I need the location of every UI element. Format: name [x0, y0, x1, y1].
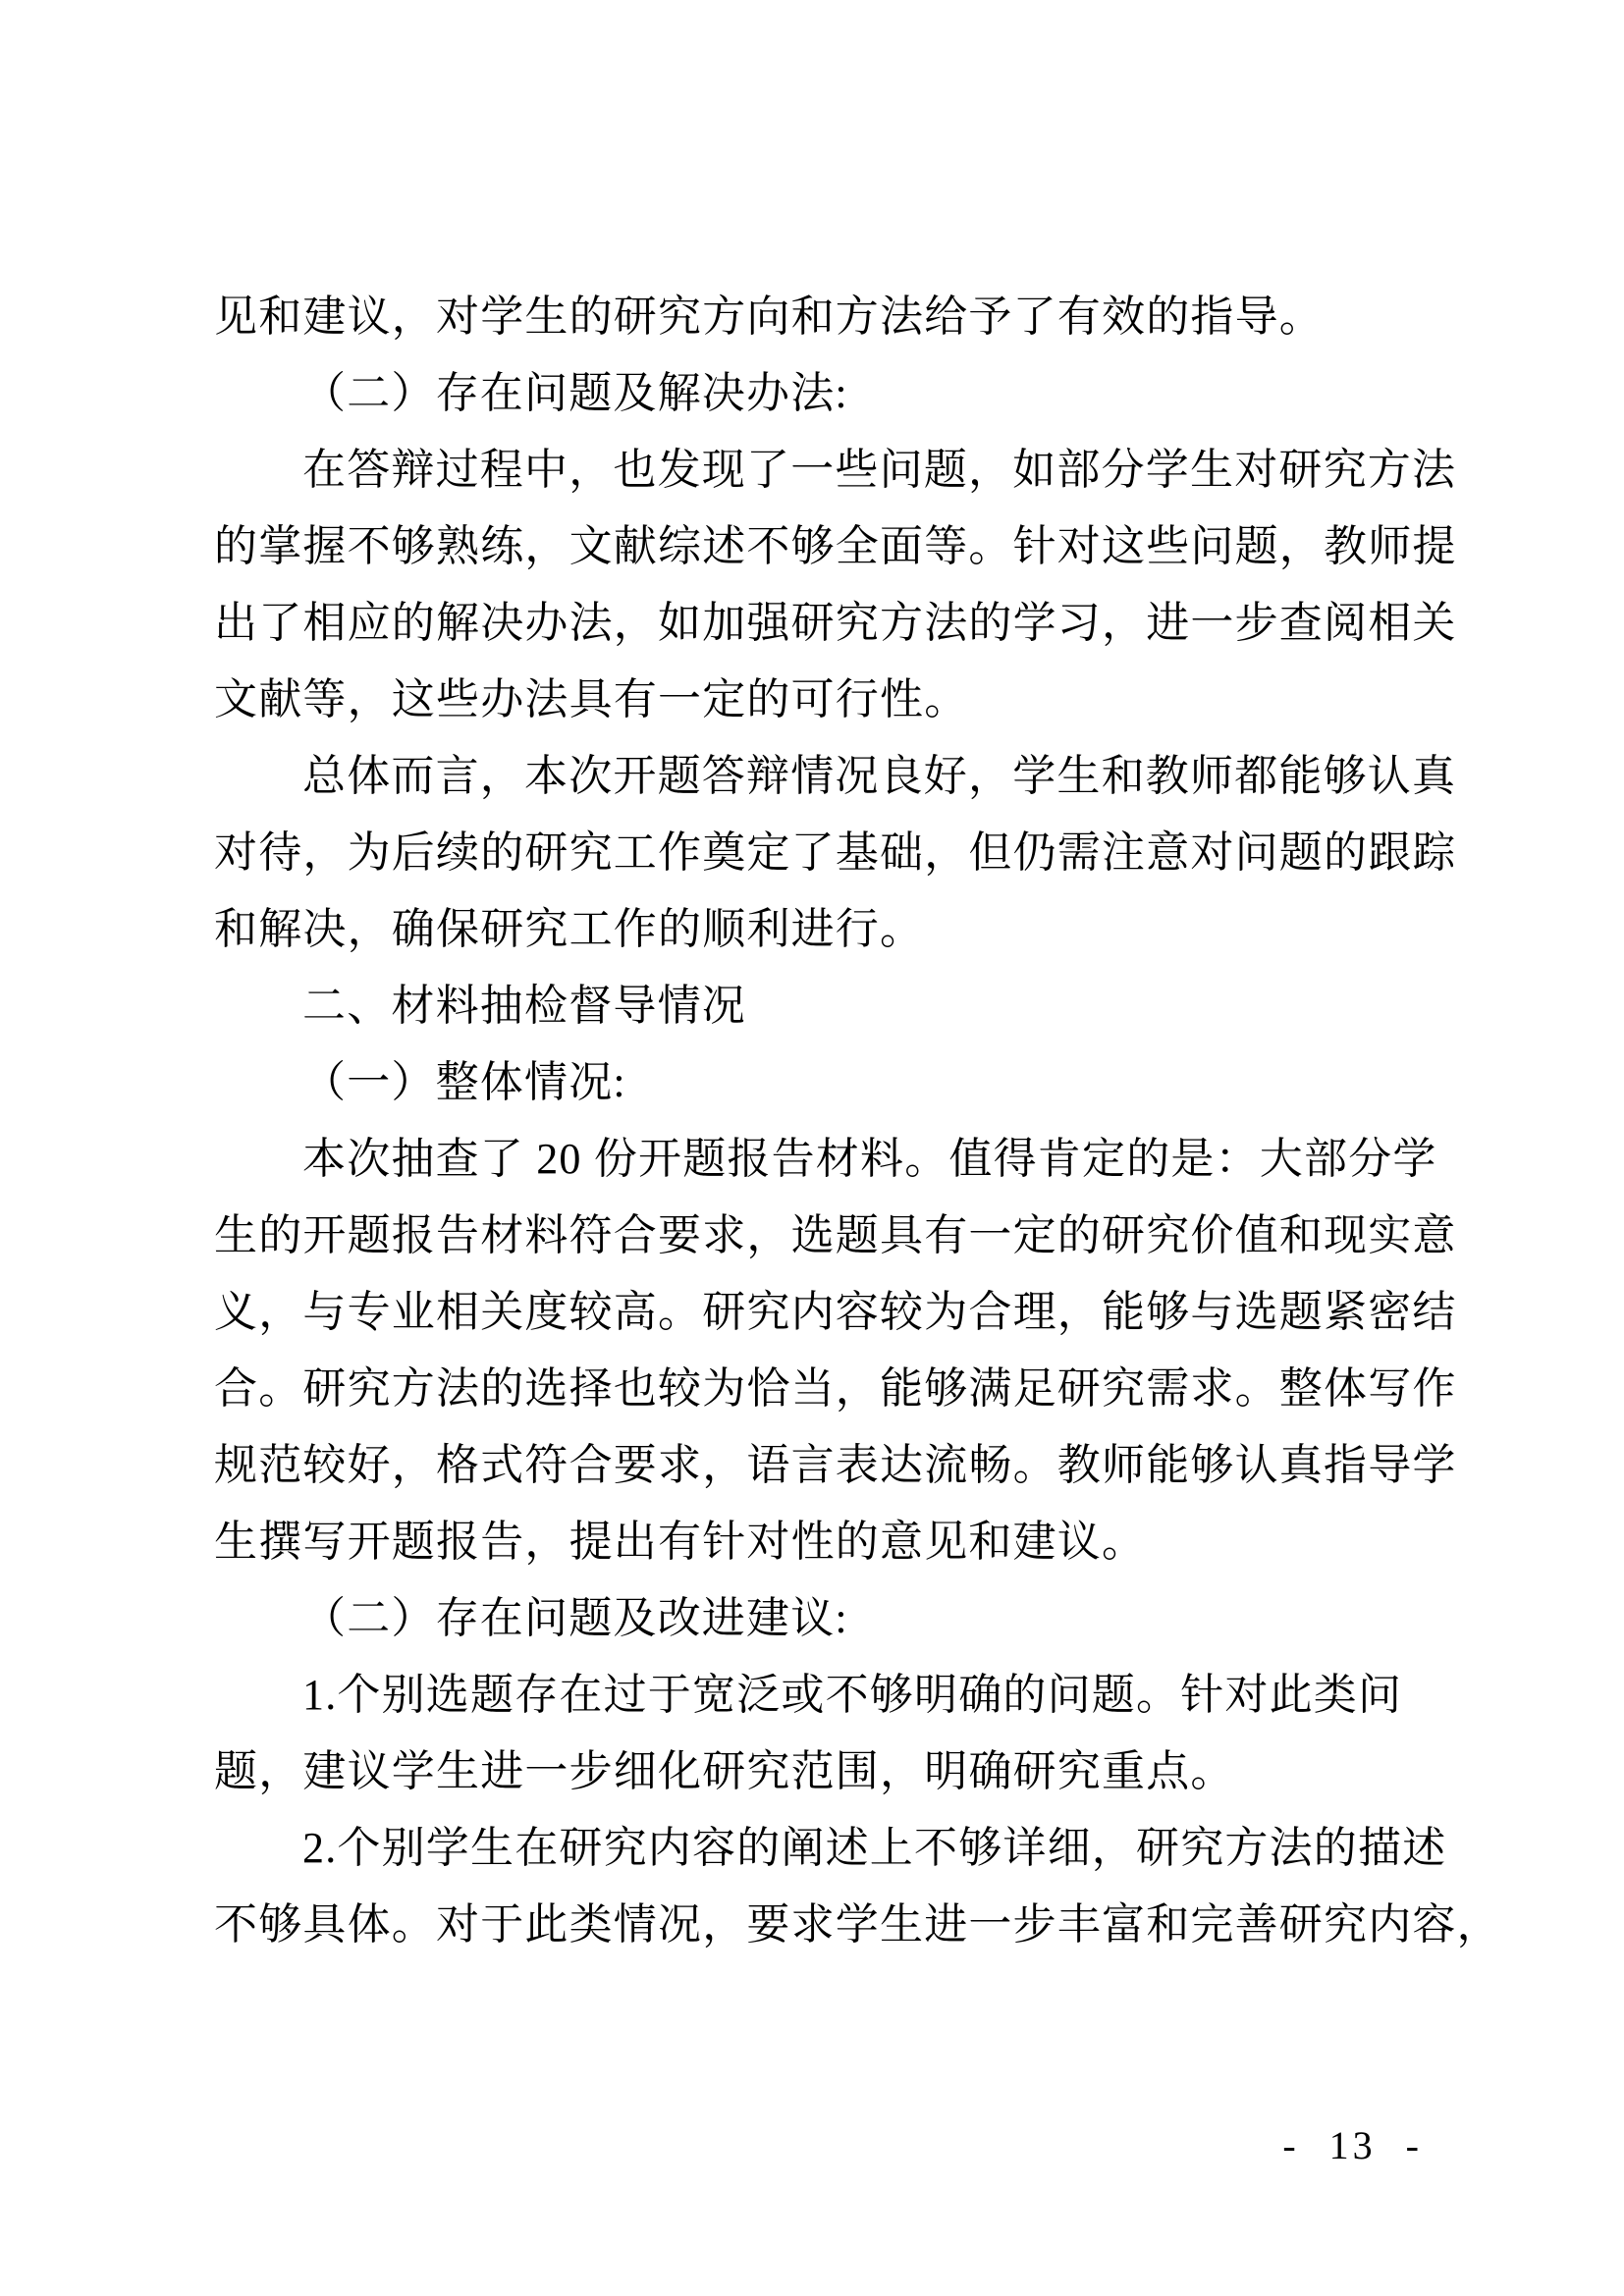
- text-line: 和解决，确保研究工作的顺利进行。: [214, 891, 1422, 968]
- text-line: 2.个别学生在研究内容的阐述上不够详细，研究方法的描述: [214, 1810, 1422, 1887]
- text-line: 文献等，这些办法具有一定的可行性。: [214, 662, 1422, 738]
- document-page: 见和建议，对学生的研究方向和方法给予了有效的指导。（二）存在问题及解决办法:在答…: [0, 0, 1624, 2296]
- text-line: 二、材料抽检督导情况: [214, 968, 1422, 1044]
- text-line: 在答辩过程中，也发现了一些问题，如部分学生对研究方法: [214, 432, 1422, 508]
- text-line: 的掌握不够熟练，文献综述不够全面等。针对这些问题，教师提: [214, 508, 1422, 585]
- text-line: 生撰写开题报告，提出有针对性的意见和建议。: [214, 1504, 1422, 1580]
- text-line: 本次抽查了 20 份开题报告材料。值得肯定的是：大部分学: [214, 1121, 1422, 1198]
- text-line: 规范较好，格式符合要求，语言表达流畅。教师能够认真指导学: [214, 1427, 1422, 1504]
- text-line: 见和建议，对学生的研究方向和方法给予了有效的指导。: [214, 279, 1422, 355]
- text-line: 题，建议学生进一步细化研究范围，明确研究重点。: [214, 1734, 1422, 1810]
- text-line: （二）存在问题及解决办法:: [214, 355, 1422, 432]
- text-line: 对待，为后续的研究工作奠定了基础，但仍需注意对问题的跟踪: [214, 815, 1422, 891]
- text-line: 生的开题报告材料符合要求，选题具有一定的研究价值和现实意: [214, 1198, 1422, 1274]
- document-body: 见和建议，对学生的研究方向和方法给予了有效的指导。（二）存在问题及解决办法:在答…: [214, 279, 1422, 1963]
- text-line: （二）存在问题及改进建议:: [214, 1580, 1422, 1657]
- text-line: （一）整体情况:: [214, 1044, 1422, 1121]
- text-line: 合。研究方法的选择也较为恰当，能够满足研究需求。整体写作: [214, 1351, 1422, 1427]
- text-line: 1.个别选题存在过于宽泛或不够明确的问题。针对此类问: [214, 1657, 1422, 1734]
- page-number: - 13 -: [1282, 2116, 1423, 2175]
- text-line: 出了相应的解决办法，如加强研究方法的学习，进一步查阅相关: [214, 585, 1422, 662]
- text-line: 义，与专业相关度较高。研究内容较为合理，能够与选题紧密结: [214, 1274, 1422, 1351]
- text-line: 不够具体。对于此类情况，要求学生进一步丰富和完善研究内容，: [214, 1887, 1422, 1963]
- text-line: 总体而言，本次开题答辩情况良好，学生和教师都能够认真: [214, 738, 1422, 815]
